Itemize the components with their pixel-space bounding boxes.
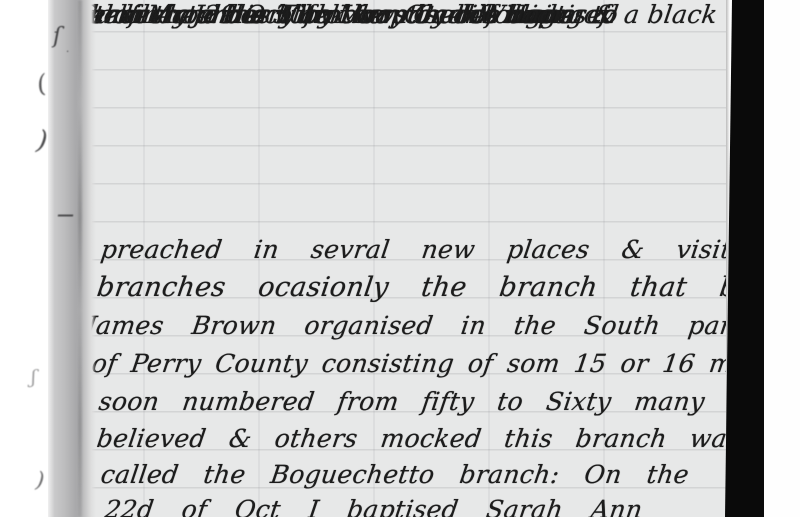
margin-ink-mark: ʃ bbox=[31, 366, 36, 388]
manuscript-line-2: branches ocasionly the branch that broth… bbox=[95, 272, 726, 303]
manuscript-line-4: of Perry County consisting of som 15 or … bbox=[90, 349, 726, 378]
margin-ink-mark: ſ bbox=[53, 24, 61, 49]
manuscript-line-3: James Brown organised in the South part bbox=[84, 311, 726, 340]
manuscript-line-14: R Carlile and his wife Mary Carlile and bbox=[48, 0, 559, 29]
manuscript-line-8: 22d of Oct I baptised Sarah Ann bbox=[103, 495, 644, 517]
manuscript-line-7: called the Boguechetto branch: On the bbox=[99, 460, 691, 489]
manuscript-line-6: believed & others mocked this branch was bbox=[95, 424, 726, 453]
page-gutter-shadow bbox=[48, 0, 96, 517]
margin-ink-mark: . bbox=[66, 44, 69, 55]
margin-ink-mark: ) bbox=[35, 468, 46, 493]
scanned-document-viewport: preached in sevral new places & visited … bbox=[0, 0, 800, 517]
manuscript-line-1: preached in sevral new places & visited … bbox=[99, 235, 726, 264]
gutter-dark-streak bbox=[78, 0, 82, 517]
scanned-page: preached in sevral new places & visited … bbox=[48, 0, 726, 517]
scanner-background-right bbox=[764, 0, 800, 517]
margin-ink-mark: — bbox=[57, 205, 74, 225]
manuscript-line-5: soon numbered from fifty to Sixty many bbox=[97, 387, 707, 416]
margin-ink-mark: ( bbox=[34, 69, 49, 98]
